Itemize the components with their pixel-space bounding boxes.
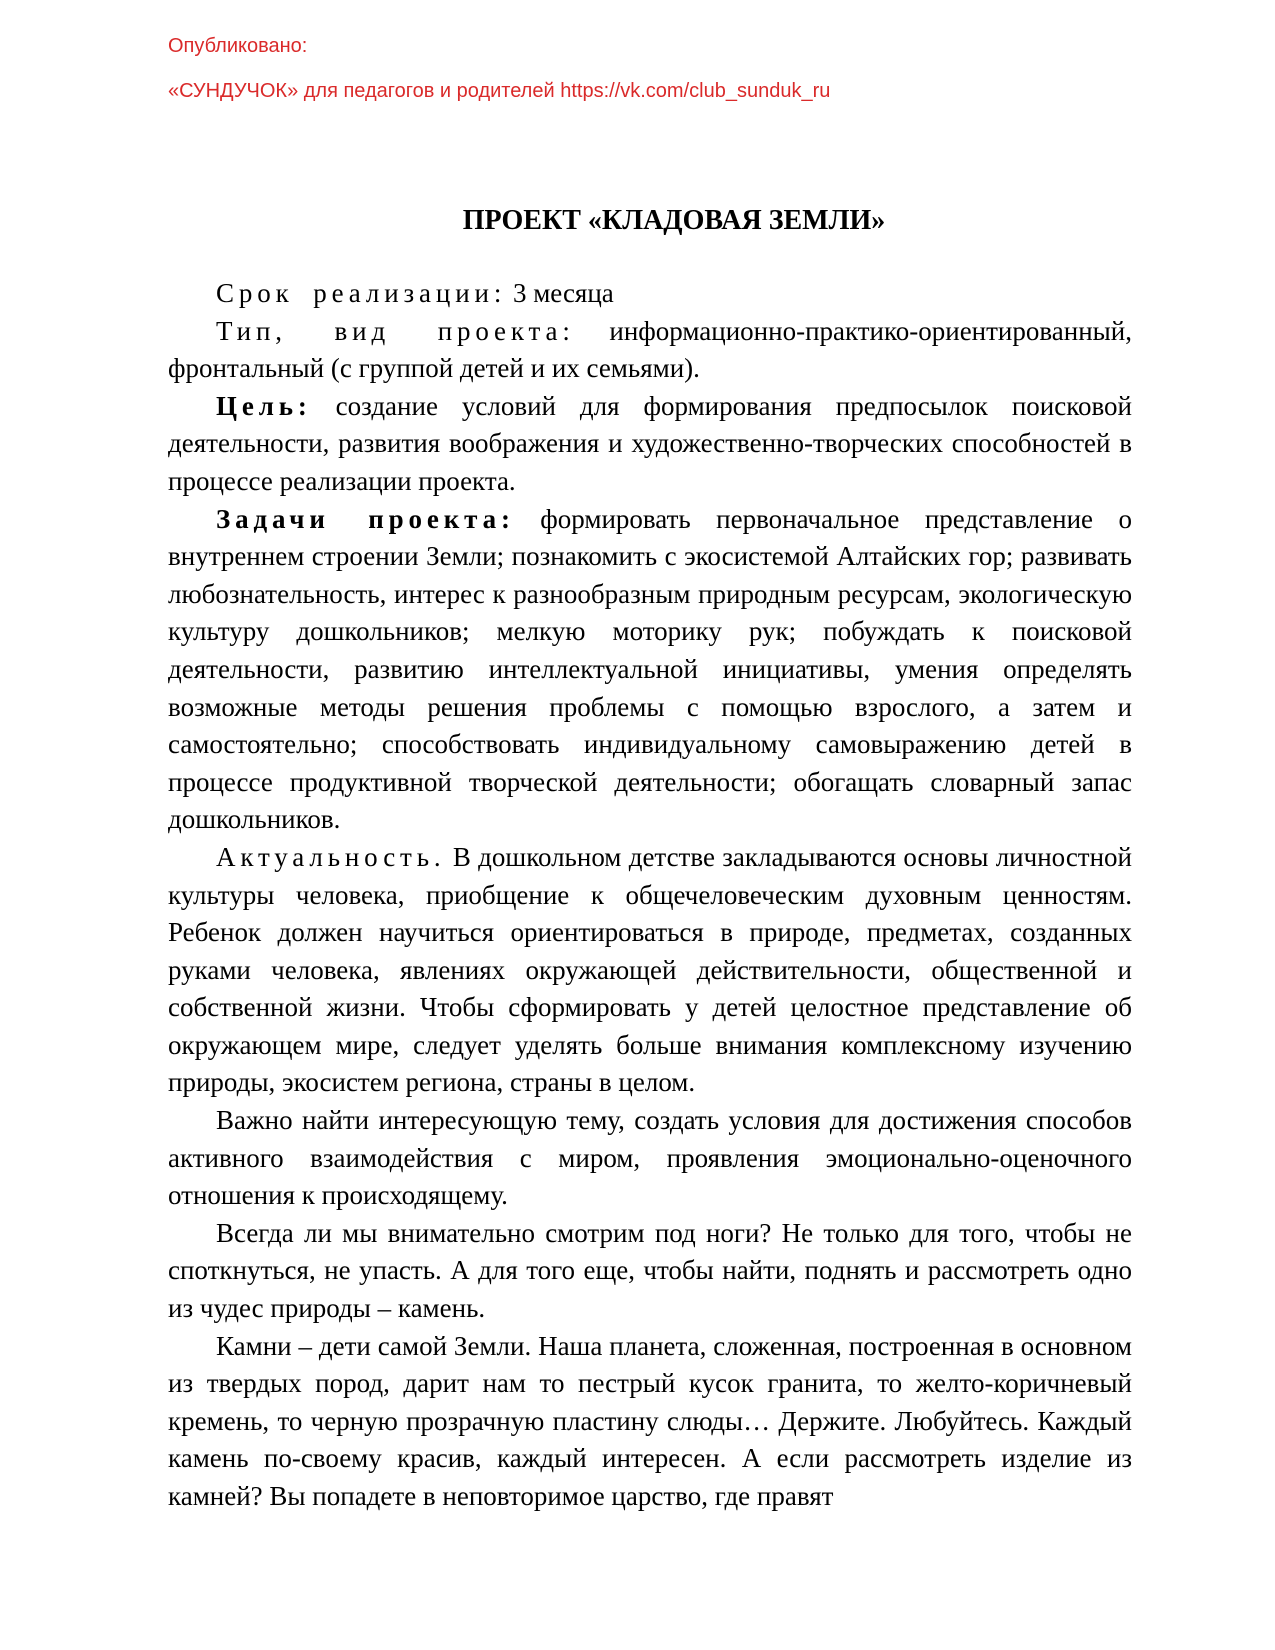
published-label: Опубликовано: xyxy=(168,33,1132,59)
paragraph-text: 3 месяца xyxy=(513,278,614,308)
paragraph: Всегда ли мы внимательно смотрим под ног… xyxy=(168,1215,1132,1328)
paragraph-text: Всегда ли мы внимательно смотрим под ног… xyxy=(168,1218,1132,1323)
page-title: ПРОЕКТ «КЛАДОВАЯ ЗЕМЛИ» xyxy=(168,204,1132,238)
document-content: Опубликовано: «СУНДУЧОК» для педагогов и… xyxy=(168,0,1132,1516)
vk-link[interactable]: https://vk.com/club_sunduk_ru xyxy=(560,80,830,102)
published-source: «СУНДУЧОК» для педагогов и родителей htt… xyxy=(168,78,1132,104)
paragraph-text: Камни – дети самой Земли. Наша планета, … xyxy=(168,1331,1132,1511)
paragraph-text: Важно найти интересующую тему, создать у… xyxy=(168,1105,1132,1210)
paragraph: Тип, вид проекта: информационно-практико… xyxy=(168,313,1132,388)
document-page: Опубликовано: «СУНДУЧОК» для педагогов и… xyxy=(0,0,1275,1650)
paragraph-text: создание условий для формирования предпо… xyxy=(168,391,1132,496)
published-source-text: «СУНДУЧОК» для педагогов и родителей xyxy=(168,80,555,102)
paragraph: Цель: создание условий для формирования … xyxy=(168,388,1132,501)
paragraph-lead: Задачи проекта: xyxy=(216,504,515,534)
paragraph: Срок реализации: 3 месяца xyxy=(168,275,1132,313)
paragraph-lead: Тип, вид проекта: xyxy=(216,316,575,346)
paragraph: Камни – дети самой Земли. Наша планета, … xyxy=(168,1328,1132,1516)
paragraph-text: формировать первоначальное представление… xyxy=(168,504,1132,835)
body-text: Срок реализации: 3 месяцаТип, вид проект… xyxy=(168,275,1132,1516)
paragraph-lead: Срок реализации: xyxy=(216,278,506,308)
paragraph: Важно найти интересующую тему, создать у… xyxy=(168,1102,1132,1215)
paragraph: Актуальность. В дошкольном детстве закла… xyxy=(168,839,1132,1102)
paragraph: Задачи проекта: формировать первоначальн… xyxy=(168,501,1132,839)
paragraph-lead: Цель: xyxy=(216,391,312,421)
paragraph-text: В дошкольном детстве закладываются основ… xyxy=(168,842,1132,1098)
paragraph-lead: Актуальность. xyxy=(216,842,446,872)
